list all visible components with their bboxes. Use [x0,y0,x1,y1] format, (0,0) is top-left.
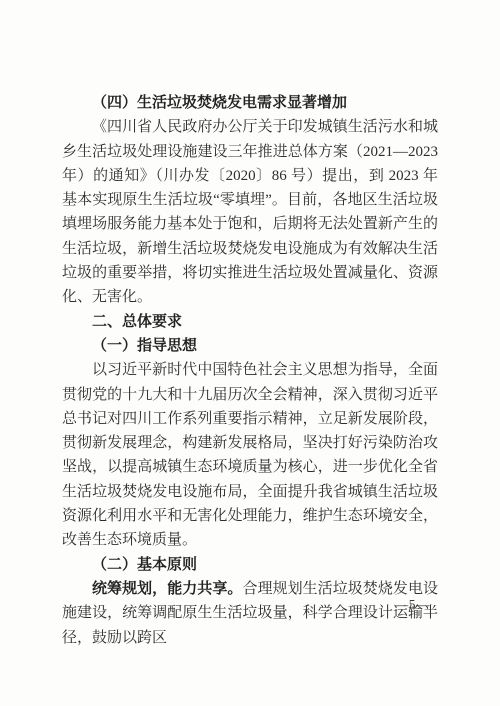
chapter-heading-overall-requirements: 二、总体要求 [62,310,438,334]
document-content: （四）生活垃圾焚烧发电需求显著增加 《四川省人民政府办公厅关于印发城镇生活污水和… [62,91,438,650]
scanned-document-page: （四）生活垃圾焚烧发电需求显著增加 《四川省人民政府办公厅关于印发城镇生活污水和… [0,0,500,706]
paragraph-policy-background: 《四川省人民政府办公厅关于印发城镇生活污水和城乡生活垃圾处理设施建设三年推进总体… [62,115,438,309]
paragraph-lead-bold: 统筹规划，能力共享。 [92,581,242,597]
paragraph-guiding-ideology: 以习近平新时代中国特色社会主义思想为指导，全面贯彻党的十九大和十九届历次全会精神… [62,358,438,552]
section-heading-2-basic-principles: （二）基本原则 [62,553,438,577]
section-heading-1-guiding-ideology: （一）指导思想 [62,334,438,358]
paragraph-basic-principles: 统筹规划，能力共享。合理规划生活垃圾焚烧发电设施建设，统筹调配原生生活垃圾量，科… [62,577,438,650]
section-heading-4-waste-incineration-demand: （四）生活垃圾焚烧发电需求显著增加 [62,91,438,115]
page-number: —5— [395,597,430,613]
